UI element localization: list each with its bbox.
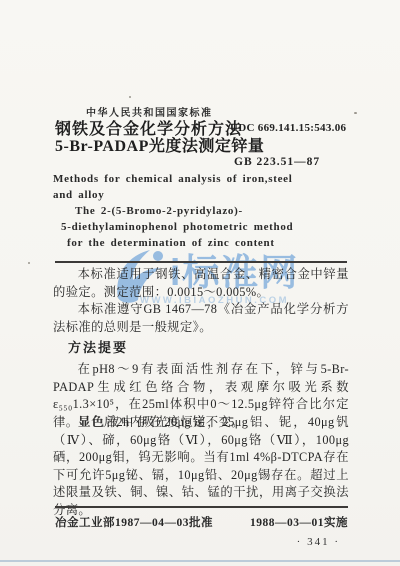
english-title-line: for the determination of zinc content (53, 235, 353, 251)
footer-divider-rule (55, 506, 348, 508)
english-title-line: and alloy (53, 187, 353, 203)
english-title-line: The 2-(5-Bromo-2-pyridylazo)- (53, 203, 353, 219)
scan-speck (354, 112, 357, 114)
english-title-block: Methods for chemical analysis of iron,st… (53, 171, 353, 251)
document-content: 中华人民共和国国家标准 钢铁及合金化学分析方法 UDC 669.141.15:5… (0, 0, 400, 566)
standard-number: GB 223.51—87 (234, 156, 320, 168)
method-paragraph-2: 显色液中存在20μg锑，25μg铝、铌，40μg钒（Ⅳ）、碲，60μg铬（Ⅵ），… (53, 414, 349, 519)
english-title-line: 5-diethylaminophenol photometric method (53, 219, 353, 235)
scan-speck (129, 96, 131, 98)
method-text-2: 显色液中存在20μg锑，25μg铝、铌，40μg钒（Ⅳ）、碲，60μg铬（Ⅵ），… (53, 414, 349, 519)
section-heading-method-summary: 方法提要 (68, 337, 128, 356)
scan-edge-line (0, 560, 400, 562)
top-divider-rule (55, 261, 347, 263)
scope-paragraph-1: 本标准适用于钢铁、高温合金、精密合金中锌量的验定。测定范围：0.0015～0.0… (53, 266, 349, 301)
page-number: · 341 · (0, 536, 340, 548)
title-cn-line2: 5-Br-PADAP光度法测定锌量 (55, 133, 264, 156)
scope-text-1: 本标准适用于钢铁、高温合金、精密合金中锌量的验定。测定范围：0.0015～0.0… (53, 266, 349, 301)
scope-text-2: 本标准遵守GB 1467—78《冶金产品化学分析方法标准的总则是一般规定》。 (53, 301, 349, 336)
scanned-standard-page: i标准网 WWW.IBIAOZHUN.COM 中华人民共和国国家标准 钢铁及合金… (0, 0, 400, 566)
scan-speck (28, 262, 30, 264)
english-title-line: Methods for chemical analysis of iron,st… (53, 171, 353, 187)
scope-paragraph-2: 本标准遵守GB 1467—78《冶金产品化学分析方法标准的总则是一般规定》。 (53, 301, 349, 336)
effective-date: 1988—03—01实施 (0, 514, 348, 530)
